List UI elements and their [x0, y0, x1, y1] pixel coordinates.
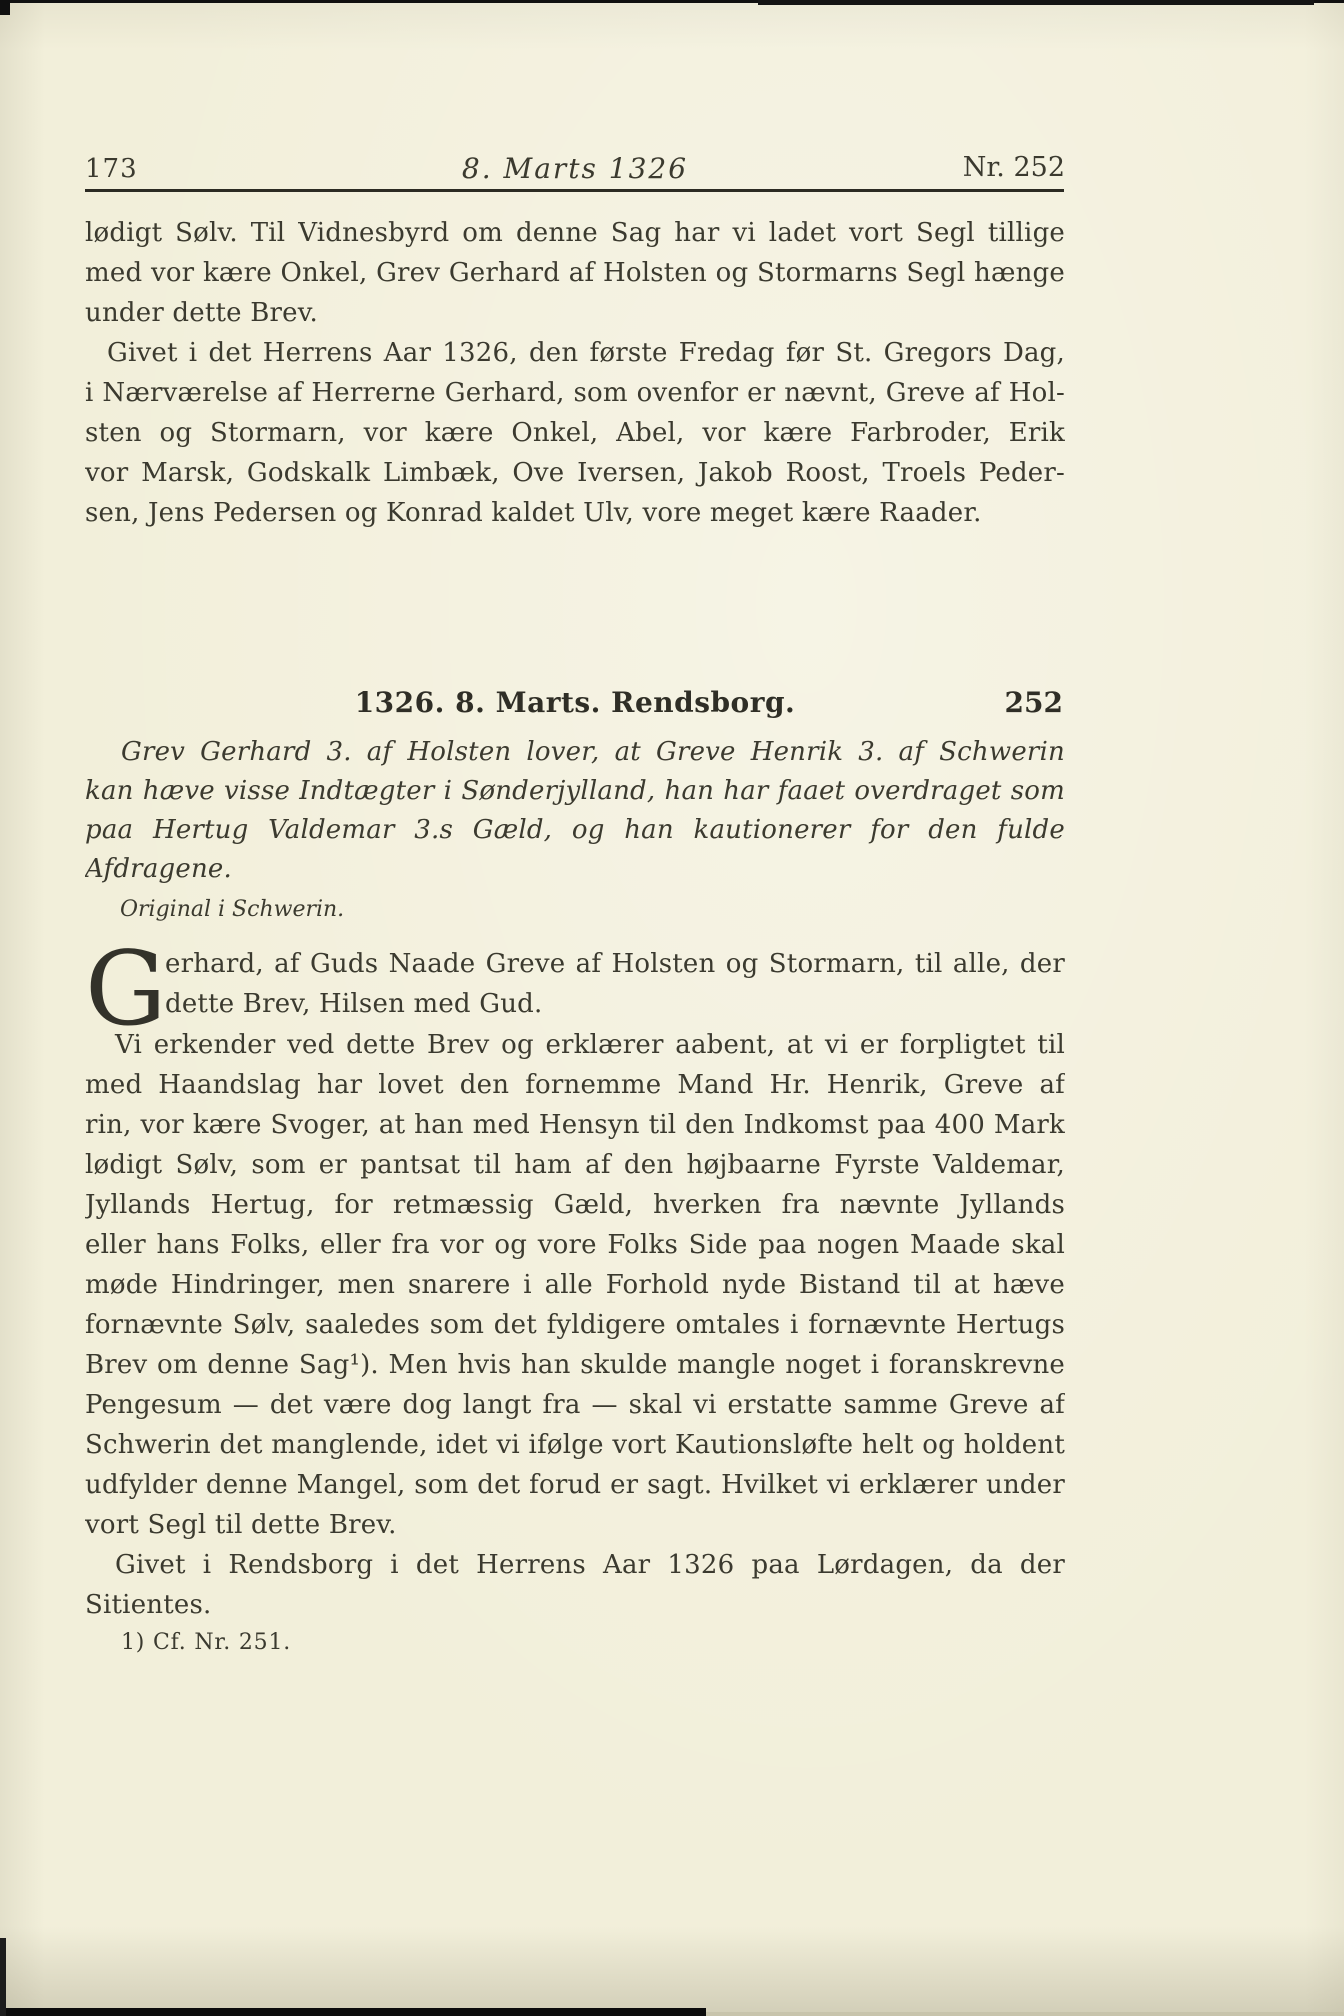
previous-document-dating: Givet i det Herrens Aar 1326, den første…	[85, 333, 1065, 533]
text-line: i Nærværelse af Herrerne Gerhard, som ov…	[85, 373, 1065, 413]
body-line: fornævnte Sølv, saaledes som det fyldige…	[85, 1305, 1065, 1345]
body-line: Brev om denne Sag¹). Men hvis han skulde…	[85, 1345, 1065, 1385]
provenance-note: Original i Schwerin.	[85, 895, 1100, 925]
drop-cap-lines: erhard, af Guds Naade Greve af Holsten o…	[165, 944, 1065, 1032]
text-line: sten og Stormarn, vor kære Onkel, Abel, …	[85, 413, 1065, 453]
text-line: med vor kære Onkel, Grev Gerhard af Hols…	[85, 253, 1065, 293]
summary-line: Afdragene.	[85, 850, 1065, 889]
body-line: Jyllands Hertug, for retmæssig Gæld, hve…	[85, 1185, 1065, 1225]
entry-heading: 1326. 8. Marts. Rendsborg.	[85, 686, 1065, 719]
entry-opening: G erhard, af Guds Naade Greve af Holsten…	[85, 944, 1065, 1032]
text-line: vor Marsk, Godskalk Limbæk, Ove Iversen,…	[85, 453, 1065, 493]
body-line: vort Segl til dette Brev.	[85, 1505, 1065, 1545]
running-title: 8. Marts 1326	[85, 152, 1065, 185]
body-line: eller hans Folks, eller fra vor og vore …	[85, 1225, 1065, 1265]
entry-body: Vi erkender ved dette Brev og erklærer a…	[85, 1025, 1065, 1545]
entry-number: 252	[1005, 686, 1063, 719]
text-line: Givet i det Herrens Aar 1326, den første…	[85, 333, 1065, 373]
entry-summary: Grev Gerhard 3. af Holsten lover, at Gre…	[85, 733, 1065, 889]
document-number: Nr. 252	[963, 152, 1065, 183]
scan-edge-left	[0, 1938, 6, 2016]
body-line: møde Hindringer, men snarere i alle Forh…	[85, 1265, 1065, 1305]
scan-edge-corner	[0, 0, 10, 15]
text-line: under dette Brev.	[85, 293, 1065, 333]
body-line: lødigt Sølv, som er pantsat til ham af d…	[85, 1145, 1065, 1185]
body-line: udfylder denne Mangel, som det forud er …	[85, 1465, 1065, 1505]
text-line: Givet i Rendsborg i det Herrens Aar 1326…	[85, 1545, 1065, 1585]
text-line: lødigt Sølv. Til Vidnesbyrd om denne Sag…	[85, 213, 1065, 253]
book-page-scan: 173 8. Marts 1326 Nr. 252 lødigt Sølv. T…	[0, 0, 1344, 2016]
previous-document-end: lødigt Sølv. Til Vidnesbyrd om denne Sag…	[85, 213, 1065, 333]
body-line: rin, vor kære Svoger, at han med Hensyn …	[85, 1105, 1065, 1145]
entry-closing: Givet i Rendsborg i det Herrens Aar 1326…	[85, 1545, 1065, 1625]
text-line: Sitientes.	[85, 1585, 1065, 1625]
body-line: Schwerin det manglende, idet vi ifølge v…	[85, 1425, 1065, 1465]
body-line: Pengesum — det være dog langt fra — skal…	[85, 1385, 1065, 1425]
body-line: Vi erkender ved dette Brev og erklærer a…	[85, 1025, 1065, 1065]
drop-cap: G	[85, 948, 165, 1032]
summary-line: Grev Gerhard 3. af Holsten lover, at Gre…	[85, 733, 1065, 772]
text-line: dette Brev, Hilsen med Gud.	[165, 984, 1065, 1024]
text-line: sen, Jens Pedersen og Konrad kaldet Ulv,…	[85, 493, 1065, 533]
summary-line: kan hæve visse Indtægter i Sønderjylland…	[85, 772, 1065, 811]
scan-edge-bottom-light	[706, 2012, 1344, 2016]
scan-edge-top-thick	[758, 0, 1314, 5]
footnote: 1) Cf. Nr. 251.	[85, 1628, 1101, 1658]
text-line: erhard, af Guds Naade Greve af Holsten o…	[165, 944, 1065, 984]
header-rule	[85, 189, 1064, 192]
running-head: 173 8. Marts 1326 Nr. 252	[85, 152, 1065, 192]
body-line: med Haandslag har lovet den fornemme Man…	[85, 1065, 1065, 1105]
entry-heading-row: 1326. 8. Marts. Rendsborg. 252	[85, 686, 1065, 726]
summary-line: paa Hertug Valdemar 3.s Gæld, og han kau…	[85, 811, 1065, 850]
scan-edge-bottom	[0, 2008, 706, 2016]
